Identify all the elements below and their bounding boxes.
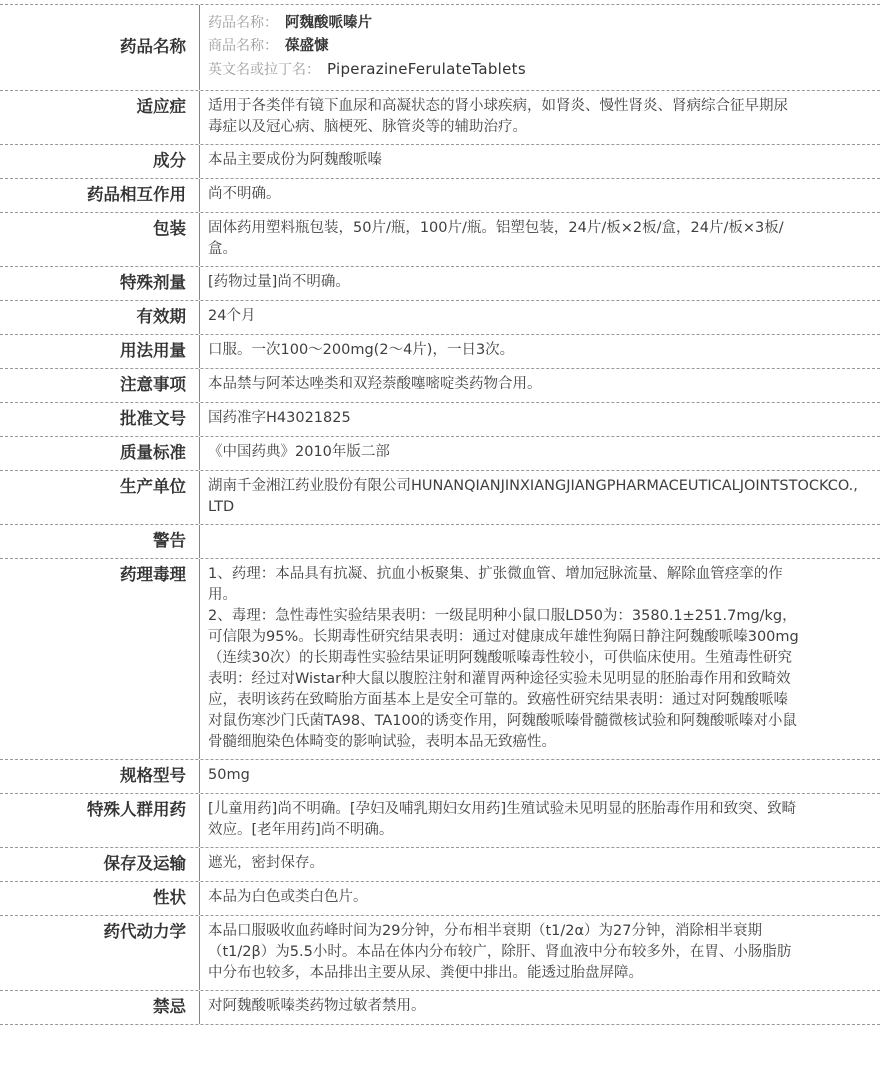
row-label: 适应症 xyxy=(0,91,200,144)
table-row: 禁忌 对阿魏酸哌嗪类药物过敏者禁用。 xyxy=(0,991,880,1025)
table-row: 保存及运输 遮光，密封保存。 xyxy=(0,848,880,882)
table-row: 注意事项 本品禁与阿苯达唑类和双羟萘酸噻嘧啶类药物合用。 xyxy=(0,369,880,403)
row-label-drug-name: 药品名称 xyxy=(0,5,200,90)
table-row-drug-name: 药品名称 药品名称：阿魏酸哌嗪片 商品名称：葆盛慷 英文名或拉丁名：Pipera… xyxy=(0,5,880,91)
row-label: 药品相互作用 xyxy=(0,179,200,212)
row-value-text: 口服。一次100～200mg(2～4片)，一日3次。 xyxy=(208,340,800,361)
row-value: 尚不明确。 xyxy=(200,179,880,212)
row-value-text: 本品禁与阿苯达唑类和双羟萘酸噻嘧啶类药物合用。 xyxy=(208,374,800,395)
row-value-drug-name: 药品名称：阿魏酸哌嗪片 商品名称：葆盛慷 英文名或拉丁名：PiperazineF… xyxy=(200,5,880,90)
generic-name-line: 药品名称：阿魏酸哌嗪片 xyxy=(208,12,870,35)
english-name-line: 英文名或拉丁名：PiperazineFerulateTablets xyxy=(208,58,870,82)
table-row: 规格型号 50mg xyxy=(0,760,880,794)
row-label: 规格型号 xyxy=(0,760,200,793)
row-value: 本品为白色或类白色片。 xyxy=(200,882,880,915)
row-value: 1、药理：本品具有抗凝、抗血小板聚集、扩张微血管、增加冠脉流量、解除血管痉挛的作… xyxy=(200,559,880,759)
row-value-text: 本品口服吸收血药峰时间为29分钟，分布相半衰期（t1/2α）为27分钟，消除相半… xyxy=(208,921,800,984)
row-value: 湖南千金湘江药业股份有限公司HUNANQIANJINXIANGJIANGPHAR… xyxy=(200,471,880,524)
trade-name-line: 商品名称：葆盛慷 xyxy=(208,35,870,58)
generic-name-value: 阿魏酸哌嗪片 xyxy=(285,15,372,31)
row-value: [药物过量]尚不明确。 xyxy=(200,267,880,300)
row-label: 特殊人群用药 xyxy=(0,794,200,847)
english-name-value: PiperazineFerulateTablets xyxy=(327,60,526,78)
row-value-text: 24个月 xyxy=(208,306,800,327)
table-row: 警告 xyxy=(0,525,880,559)
trade-name-value: 葆盛慷 xyxy=(285,38,329,54)
table-row: 成分 本品主要成份为阿魏酸哌嗪 xyxy=(0,145,880,179)
table-row: 药品相互作用 尚不明确。 xyxy=(0,179,880,213)
row-value: 适用于各类伴有镜下血尿和高凝状态的肾小球疾病，如肾炎、慢性肾炎、肾病综合征早期尿… xyxy=(200,91,880,144)
row-value: 遮光，密封保存。 xyxy=(200,848,880,881)
row-value: 本品主要成份为阿魏酸哌嗪 xyxy=(200,145,880,178)
table-row: 质量标准 《中国药典》2010年版二部 xyxy=(0,437,880,471)
table-row: 药代动力学 本品口服吸收血药峰时间为29分钟，分布相半衰期（t1/2α）为27分… xyxy=(0,916,880,991)
row-label: 禁忌 xyxy=(0,991,200,1024)
row-label: 生产单位 xyxy=(0,471,200,524)
row-value-text: 遮光，密封保存。 xyxy=(208,853,800,874)
row-value-text: 《中国药典》2010年版二部 xyxy=(208,442,800,463)
row-value xyxy=(200,525,880,558)
row-value: 口服。一次100～200mg(2～4片)，一日3次。 xyxy=(200,335,880,368)
row-label: 用法用量 xyxy=(0,335,200,368)
row-value: 对阿魏酸哌嗪类药物过敏者禁用。 xyxy=(200,991,880,1024)
rows-container: 适应症 适用于各类伴有镜下血尿和高凝状态的肾小球疾病，如肾炎、慢性肾炎、肾病综合… xyxy=(0,91,880,1025)
row-value-text: 对阿魏酸哌嗪类药物过敏者禁用。 xyxy=(208,996,800,1017)
table-row: 性状 本品为白色或类白色片。 xyxy=(0,882,880,916)
table-row: 药理毒理 1、药理：本品具有抗凝、抗血小板聚集、扩张微血管、增加冠脉流量、解除血… xyxy=(0,559,880,760)
row-value-text: 1、药理：本品具有抗凝、抗血小板聚集、扩张微血管、增加冠脉流量、解除血管痉挛的作… xyxy=(208,564,800,753)
row-value: 固体药用塑料瓶包装，50片/瓶，100片/瓶。铝塑包装，24片/板×2板/盒，2… xyxy=(200,213,880,266)
row-value: 50mg xyxy=(200,760,880,793)
row-value: 国药准字H43021825 xyxy=(200,403,880,436)
row-value: 《中国药典》2010年版二部 xyxy=(200,437,880,470)
table-row: 批准文号 国药准字H43021825 xyxy=(0,403,880,437)
table-row: 特殊人群用药 [儿童用药]尚不明确。[孕妇及哺乳期妇女用药]生殖试验未见明显的胚… xyxy=(0,794,880,848)
table-row: 用法用量 口服。一次100～200mg(2～4片)，一日3次。 xyxy=(0,335,880,369)
trade-name-label: 商品名称： xyxy=(208,38,278,54)
row-label: 保存及运输 xyxy=(0,848,200,881)
value-paragraph: 1、药理：本品具有抗凝、抗血小板聚集、扩张微血管、增加冠脉流量、解除血管痉挛的作… xyxy=(208,564,800,606)
table-row: 特殊剂量 [药物过量]尚不明确。 xyxy=(0,267,880,301)
row-label: 质量标准 xyxy=(0,437,200,470)
row-value: 24个月 xyxy=(200,301,880,334)
row-value-text: 国药准字H43021825 xyxy=(208,408,800,429)
row-value-text: 本品主要成份为阿魏酸哌嗪 xyxy=(208,150,800,171)
row-label: 批准文号 xyxy=(0,403,200,436)
row-label: 药代动力学 xyxy=(0,916,200,990)
row-label: 警告 xyxy=(0,525,200,558)
drug-info-table: 药品名称 药品名称：阿魏酸哌嗪片 商品名称：葆盛慷 英文名或拉丁名：Pipera… xyxy=(0,4,880,1025)
table-row: 适应症 适用于各类伴有镜下血尿和高凝状态的肾小球疾病，如肾炎、慢性肾炎、肾病综合… xyxy=(0,91,880,145)
row-value-text: [药物过量]尚不明确。 xyxy=(208,272,800,293)
row-value-text: 湖南千金湘江药业股份有限公司HUNANQIANJINXIANGJIANGPHAR… xyxy=(208,476,864,518)
table-row: 包装 固体药用塑料瓶包装，50片/瓶，100片/瓶。铝塑包装，24片/板×2板/… xyxy=(0,213,880,267)
row-value-text: 固体药用塑料瓶包装，50片/瓶，100片/瓶。铝塑包装，24片/板×2板/盒，2… xyxy=(208,218,800,260)
row-value-text: 尚不明确。 xyxy=(208,184,800,205)
generic-name-label: 药品名称： xyxy=(208,15,278,31)
row-label: 性状 xyxy=(0,882,200,915)
row-value: [儿童用药]尚不明确。[孕妇及哺乳期妇女用药]生殖试验未见明显的胚胎毒作用和致突… xyxy=(200,794,880,847)
row-label: 药理毒理 xyxy=(0,559,200,759)
value-paragraph: 2、毒理：急性毒性实验结果表明：一级昆明种小鼠口服LD50为：3580.1±25… xyxy=(208,606,800,753)
row-label: 特殊剂量 xyxy=(0,267,200,300)
row-value-text: 50mg xyxy=(208,765,800,786)
row-value-text: 适用于各类伴有镜下血尿和高凝状态的肾小球疾病，如肾炎、慢性肾炎、肾病综合征早期尿… xyxy=(208,96,800,138)
row-value: 本品口服吸收血药峰时间为29分钟，分布相半衰期（t1/2α）为27分钟，消除相半… xyxy=(200,916,880,990)
row-label: 成分 xyxy=(0,145,200,178)
row-value: 本品禁与阿苯达唑类和双羟萘酸噻嘧啶类药物合用。 xyxy=(200,369,880,402)
row-label: 包装 xyxy=(0,213,200,266)
row-value-text: [儿童用药]尚不明确。[孕妇及哺乳期妇女用药]生殖试验未见明显的胚胎毒作用和致突… xyxy=(208,799,800,841)
table-row: 有效期 24个月 xyxy=(0,301,880,335)
english-name-label: 英文名或拉丁名： xyxy=(208,62,320,78)
row-value-text: 本品为白色或类白色片。 xyxy=(208,887,800,908)
table-row: 生产单位 湖南千金湘江药业股份有限公司HUNANQIANJINXIANGJIAN… xyxy=(0,471,880,525)
row-label: 注意事项 xyxy=(0,369,200,402)
row-label: 有效期 xyxy=(0,301,200,334)
